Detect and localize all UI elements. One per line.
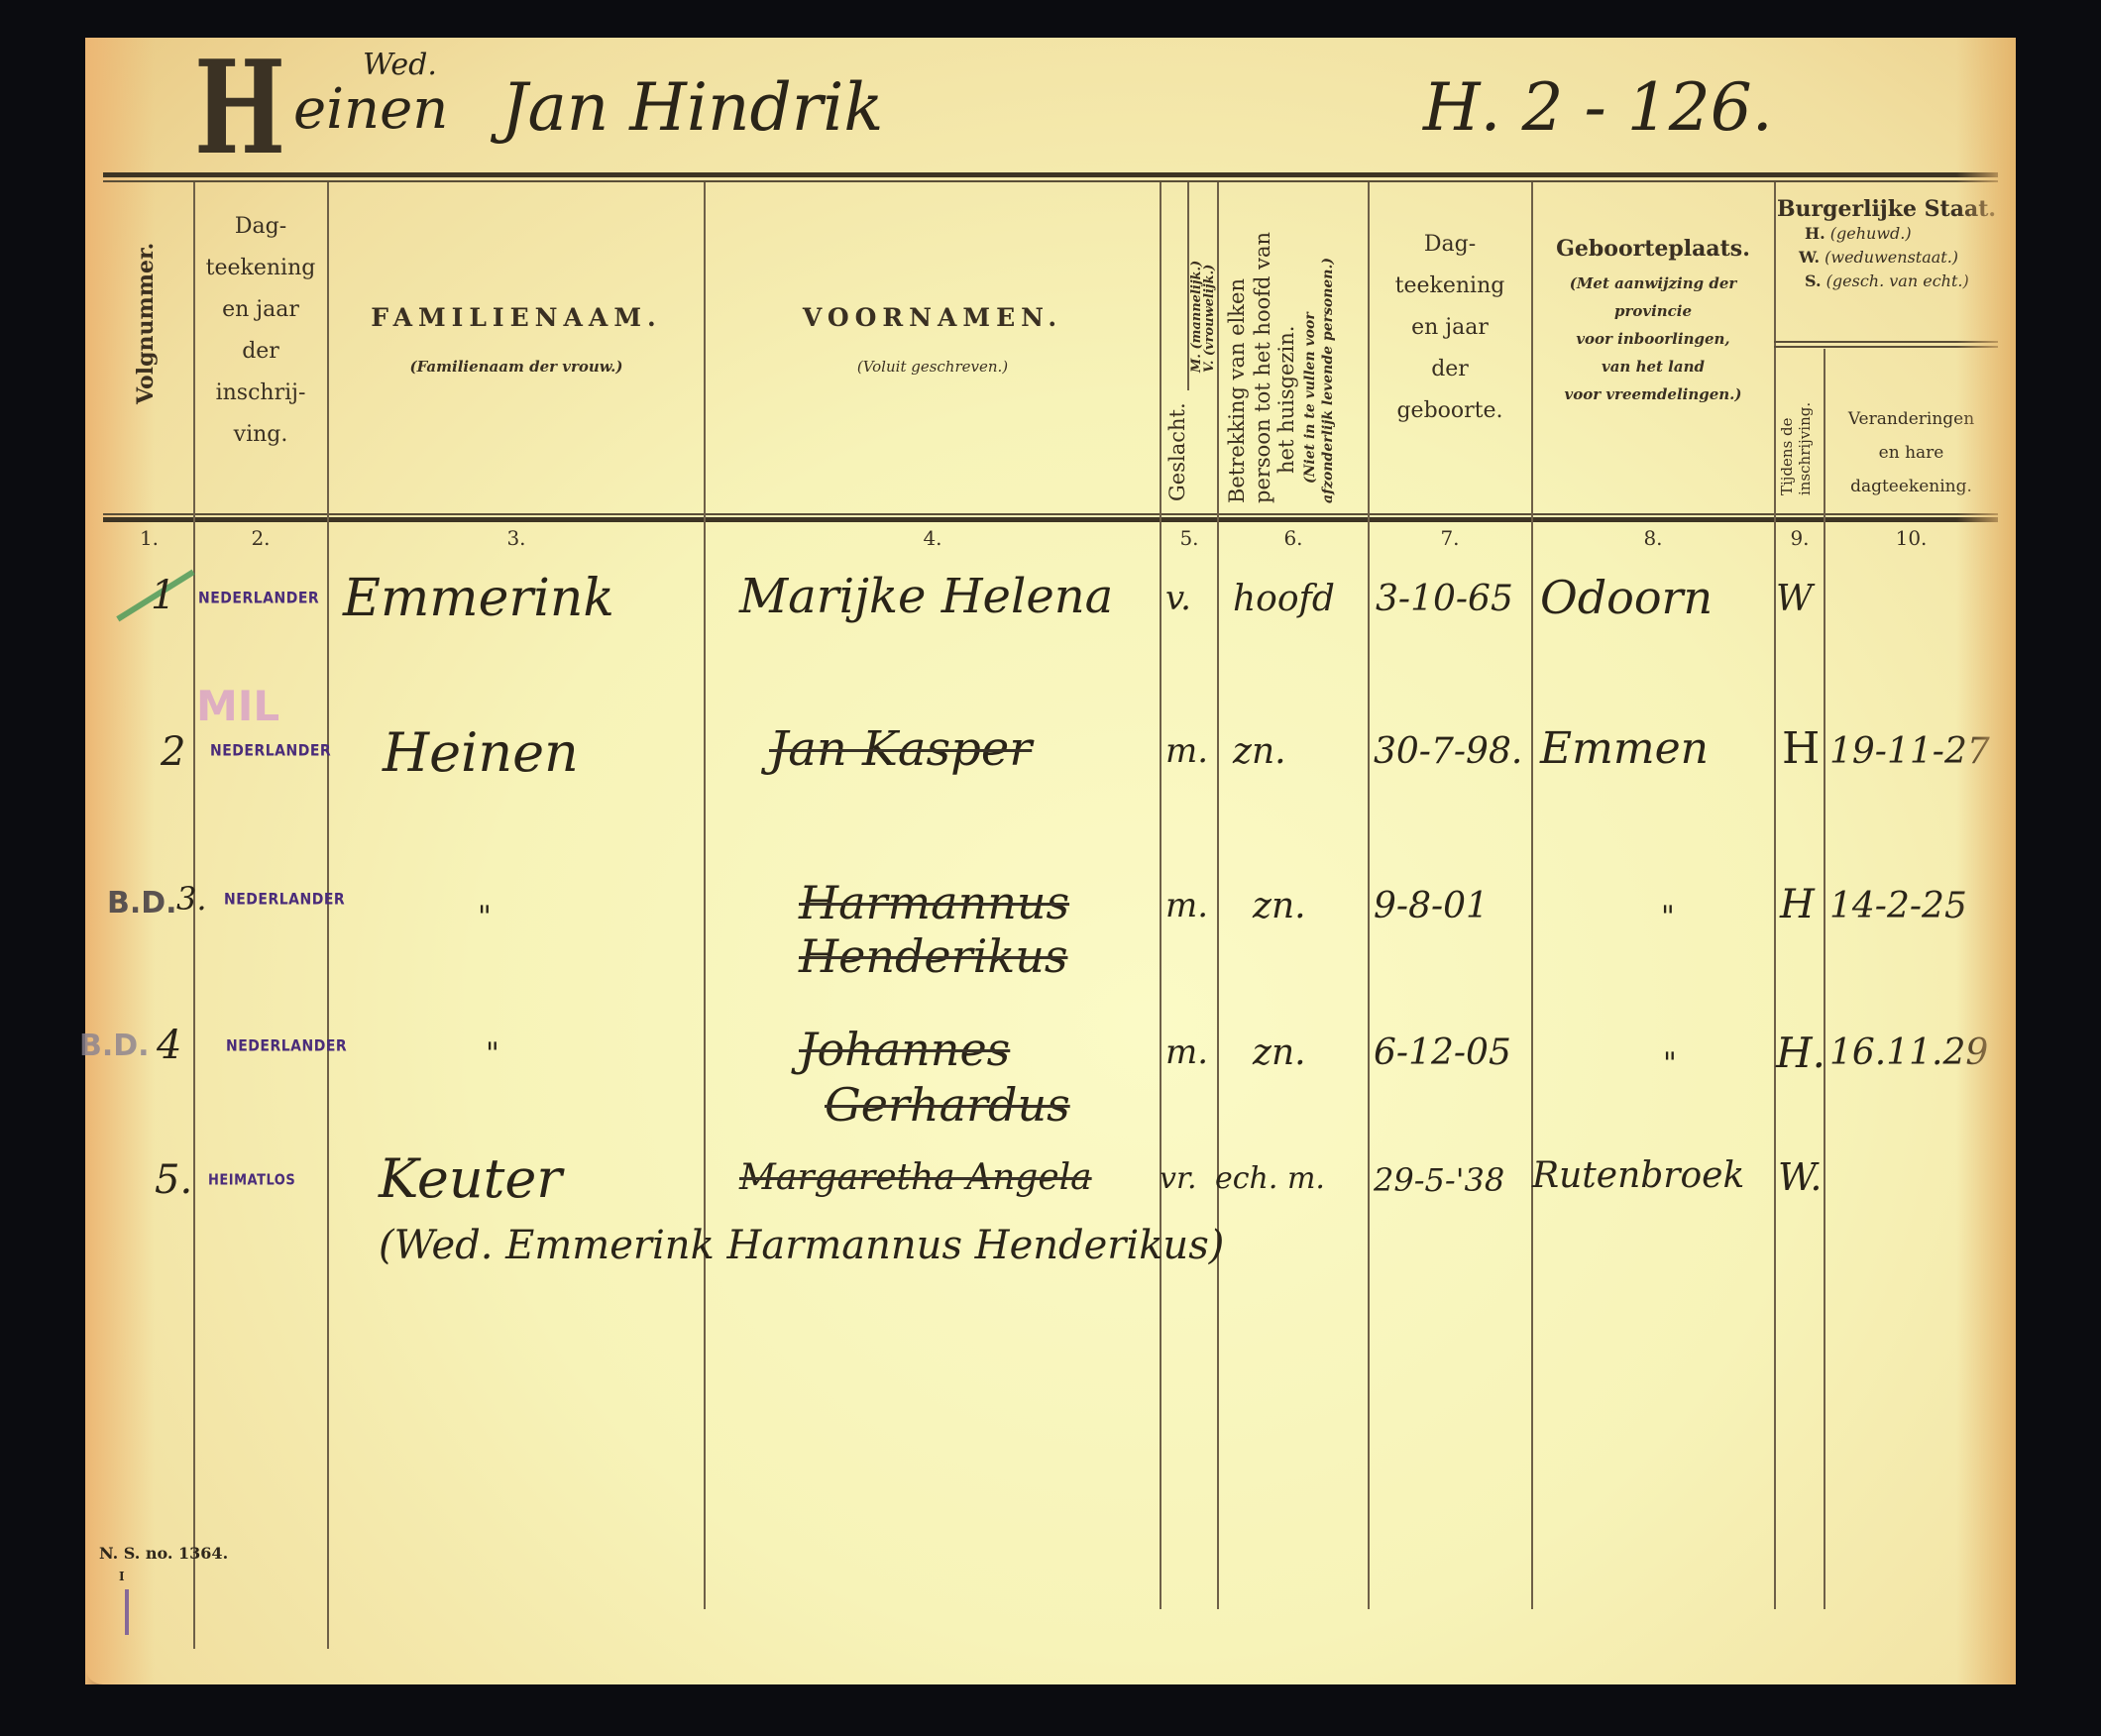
voornamen: Jan Kasper xyxy=(769,721,1032,777)
geslacht: v. xyxy=(1165,579,1191,618)
voornamen: Harmannus xyxy=(799,876,1069,929)
nationality-stamp: NEDERLANDER xyxy=(226,1037,347,1055)
geslacht: vr. xyxy=(1160,1161,1197,1196)
head-first-names: Jan Hindrik xyxy=(501,69,883,146)
familienaam: Keuter xyxy=(379,1147,562,1210)
col-num-1: 1. xyxy=(105,526,193,550)
familienaam: " xyxy=(478,900,492,934)
col-line-3 xyxy=(704,182,706,1609)
register-card: H einen Wed. Jan Hindrik H. 2 - 126. Vol… xyxy=(85,38,2016,1684)
col6-header-line2: persoon tot het hoofd van xyxy=(1251,232,1274,503)
purple-pencil-mark xyxy=(125,1589,129,1635)
form-number: N. S. no. 1364. xyxy=(99,1544,228,1563)
familienaam: Emmerink xyxy=(343,569,614,628)
civil-status-rule xyxy=(1774,341,1998,343)
betrekking: ech. m. xyxy=(1215,1161,1325,1196)
betrekking: hoofd xyxy=(1233,579,1335,619)
burgerlijke-staat: W xyxy=(1776,579,1813,619)
geboortedatum: 29-5-'38 xyxy=(1374,1161,1504,1199)
col3-header: FAMILIENAAM. (Familienaam der vrouw.) xyxy=(328,303,705,376)
col-num-3: 3. xyxy=(328,526,705,550)
geboorteplaats: Emmen xyxy=(1540,723,1709,774)
voornamen: Margaretha Angela xyxy=(739,1157,1092,1198)
col8-header: Geboorteplaats. (Met aanwijzing der prov… xyxy=(1532,236,1774,408)
voornamen-2: Henderikus xyxy=(799,929,1067,983)
geslacht: m. xyxy=(1165,1032,1208,1072)
burgerlijke-staat: H xyxy=(1782,723,1820,774)
geboortedatum: 30-7-98. xyxy=(1374,731,1522,772)
civil-status-header: Burgerlijke Staat. H. (gehuwd.) W. (wedu… xyxy=(1775,196,1998,293)
col1-header: Volgnummer. xyxy=(133,243,159,404)
col4-header: VOORNAMEN. (Voluit geschreven.) xyxy=(705,303,1161,376)
civil-status-rule-2 xyxy=(1774,346,1998,348)
col2-header: Dag- teekening en jaar der inschrij- vin… xyxy=(194,206,327,456)
col-line-5 xyxy=(1217,182,1219,1609)
col-num-7: 7. xyxy=(1369,526,1531,550)
col6-header-note2: afzonderlijk levende personen.) xyxy=(1320,258,1336,503)
col-num-2: 2. xyxy=(194,526,327,550)
card-reference: H. 2 - 126. xyxy=(1423,69,1773,146)
row-number: 4 xyxy=(157,1023,181,1068)
col-line-8 xyxy=(1774,182,1776,1609)
col-line-2 xyxy=(327,182,329,1649)
col6-header-note1: (Niet in te vullen voor xyxy=(1302,312,1318,484)
betrekking: zn. xyxy=(1233,731,1286,772)
voornamen: Johannes xyxy=(799,1023,1010,1076)
header-top-rule-thin xyxy=(103,180,1998,182)
burgerlijke-staat: H xyxy=(1780,882,1815,927)
surname-handwritten: einen xyxy=(293,77,448,142)
nationality-stamp: HEIMATLOS xyxy=(208,1172,295,1189)
geslacht: m. xyxy=(1165,886,1208,925)
betrekking: zn. xyxy=(1253,1032,1306,1073)
col-num-10: 10. xyxy=(1825,526,1998,550)
row-number: 5. xyxy=(155,1157,192,1203)
veranderingen: 14-2-25 xyxy=(1829,886,1967,926)
header-top-rule xyxy=(103,172,1998,177)
col-num-4: 4. xyxy=(705,526,1161,550)
geboortedatum: 6-12-05 xyxy=(1374,1032,1511,1073)
burgerlijke-staat: H. xyxy=(1776,1029,1825,1077)
gender-legend-v: V. (vrouwelijk.) xyxy=(1202,265,1217,373)
row-number: 1 xyxy=(151,573,175,618)
col-num-8: 8. xyxy=(1532,526,1774,550)
col10-header: Veranderingen en hare dagteekening. xyxy=(1825,402,1998,503)
header-bottom-rule xyxy=(103,517,1998,522)
geboorteplaats: Odoorn xyxy=(1540,571,1713,624)
geboorteplaats: " xyxy=(1661,900,1675,934)
veranderingen: 19-11-27 xyxy=(1829,731,1990,772)
initial-letter: H xyxy=(194,32,285,183)
geboortedatum: 3-10-65 xyxy=(1376,579,1513,619)
voornamen: Marijke Helena xyxy=(739,569,1113,624)
voornamen-2: Gerhardus xyxy=(825,1078,1070,1132)
surname-correction: Wed. xyxy=(363,48,437,82)
geboorteplaats: Rutenbroek xyxy=(1532,1155,1744,1196)
geboorteplaats: " xyxy=(1663,1046,1677,1081)
bd-stamp: B.D. xyxy=(79,1029,150,1063)
col-num-6: 6. xyxy=(1218,526,1369,550)
nationality-stamp: NEDERLANDER xyxy=(198,590,319,607)
col9-header-line2: inschrijving. xyxy=(1796,402,1814,495)
familienaam: Heinen xyxy=(383,721,579,784)
nationality-stamp: NEDERLANDER xyxy=(210,742,331,760)
familienaam: " xyxy=(486,1036,499,1071)
col5-header: Geslacht. xyxy=(1165,402,1189,501)
burgerlijke-staat: W. xyxy=(1778,1155,1823,1199)
veranderingen: 16.11.29 xyxy=(1829,1032,1988,1073)
col6-header-line3: het huisgezin. xyxy=(1274,326,1298,474)
geboortedatum: 9-8-01 xyxy=(1374,886,1489,926)
col7-header: Dag- teekening en jaar der geboorte. xyxy=(1369,224,1531,432)
widow-note: (Wed. Emmerink Harmannus Henderikus) xyxy=(379,1223,1224,1268)
col6-header-line1: Betrekking van elken xyxy=(1225,278,1249,503)
header-bottom-rule-thin xyxy=(103,513,1998,515)
col-num-9: 9. xyxy=(1775,526,1825,550)
betrekking: zn. xyxy=(1253,886,1306,926)
mil-stamp: MIL xyxy=(196,682,279,730)
row-number: 2 xyxy=(161,729,185,775)
bd-stamp: B.D. xyxy=(107,886,177,921)
geslacht: m. xyxy=(1165,731,1208,771)
form-sub: I xyxy=(119,1570,125,1583)
nationality-stamp: NEDERLANDER xyxy=(224,891,345,909)
col9-header-line1: Tijdens de xyxy=(1778,417,1796,495)
col-line-4 xyxy=(1160,182,1161,1609)
row-number: 3. xyxy=(176,880,207,918)
col-num-5: 5. xyxy=(1161,526,1218,550)
